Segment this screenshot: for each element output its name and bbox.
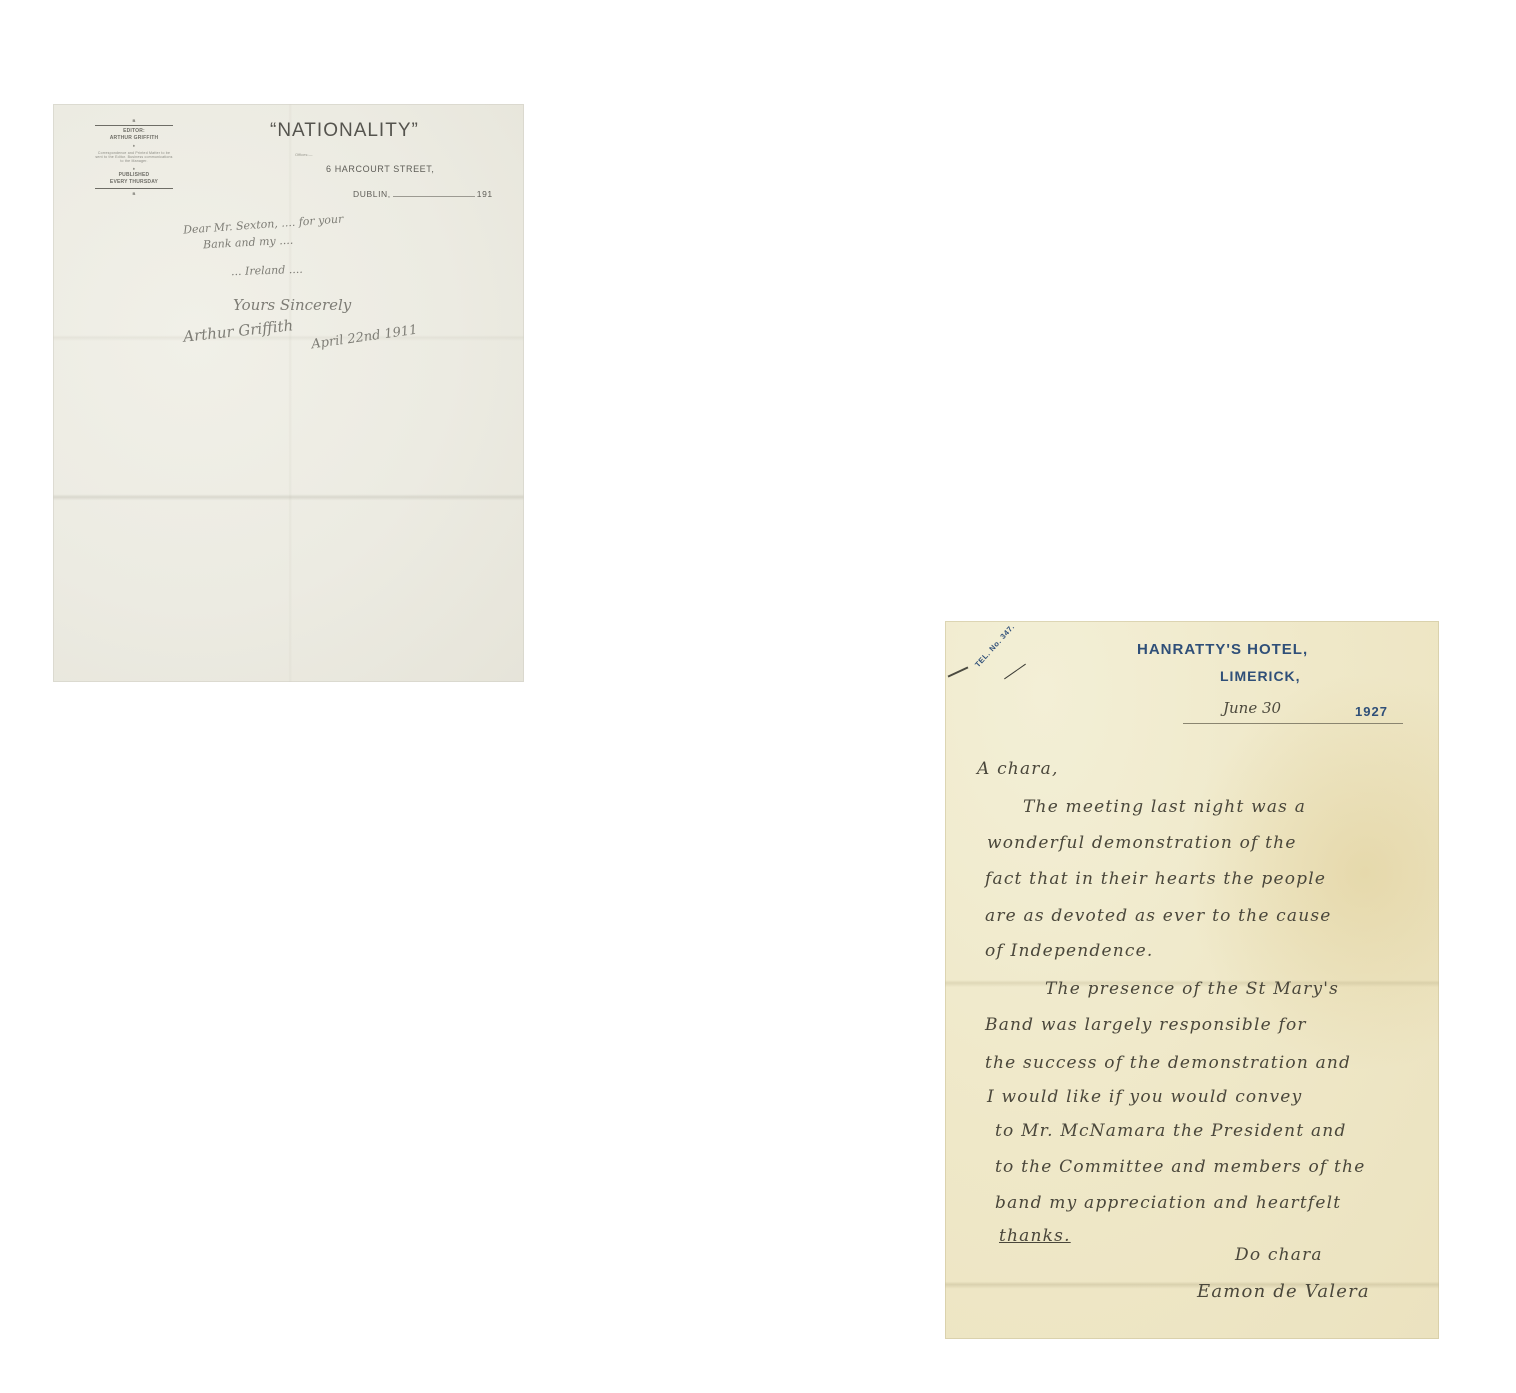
published-day: EVERY THURSDAY	[95, 179, 173, 186]
dateline: DUBLIN, 191	[353, 189, 493, 199]
body-line: the success of the demonstration and	[985, 1053, 1351, 1073]
body-line: fact that in their hearts the people	[985, 869, 1326, 889]
printed-year: 1927	[1355, 704, 1388, 719]
office-label: Offices:—	[295, 152, 313, 157]
fine-print: Correspondence and Printed Matter to be …	[95, 151, 173, 163]
telephone-number: TEL. No. 347.	[973, 622, 1016, 669]
body-line: Band was largely responsible for	[985, 1015, 1307, 1035]
handwritten-line: Yours Sincerely	[233, 296, 351, 314]
signature: Arthur Griffith	[182, 316, 294, 345]
editor-name: ARTHUR GRIFFITH	[95, 135, 173, 142]
salutation: A chara,	[977, 759, 1059, 779]
handwritten-line: Bank and my ....	[203, 234, 294, 252]
handwritten-line: ... Ireland ....	[231, 263, 303, 278]
body-line: to the Committee and members of the	[995, 1157, 1365, 1177]
body-line: I would like if you would convey	[987, 1087, 1302, 1107]
date-blank	[393, 195, 475, 197]
dateline: June 30 1927	[1183, 701, 1403, 724]
signature: Eamon de Valera	[1197, 1281, 1370, 1302]
published-label: PUBLISHED	[95, 172, 173, 179]
city: DUBLIN,	[353, 189, 391, 199]
sidebox-bottom-mark: B	[95, 191, 173, 196]
editor-label: EDITOR:	[95, 128, 173, 135]
body-line: The meeting last night was a	[1023, 797, 1306, 817]
masthead-title: “NATIONALITY”	[270, 120, 419, 142]
hotel-city: LIMERICK,	[1220, 668, 1301, 684]
letter-hanrattys-hotel: TEL. No. 347. HANRATTY'S HOTEL, LIMERICK…	[945, 621, 1439, 1339]
handwritten-date: June 30	[1223, 699, 1281, 717]
year-prefix: 191	[477, 189, 493, 199]
ink-stroke	[948, 666, 969, 677]
hotel-name: HANRATTY'S HOTEL,	[1137, 641, 1308, 658]
body-line: are as devoted as ever to the cause	[985, 906, 1332, 926]
body-line: thanks.	[999, 1226, 1071, 1246]
ornament-icon: ♦	[95, 165, 173, 172]
sidebox-top-mark: B	[95, 118, 173, 123]
body-line: to Mr. McNamara the President and	[995, 1121, 1347, 1141]
divider	[95, 125, 173, 126]
letter-nationality: B EDITOR: ARTHUR GRIFFITH ♦ Corresponden…	[53, 104, 524, 682]
masthead-sidebox: B EDITOR: ARTHUR GRIFFITH ♦ Corresponden…	[95, 118, 173, 196]
body-line: The presence of the St Mary's	[1045, 979, 1339, 999]
divider	[95, 188, 173, 189]
body-line: band my appreciation and heartfelt	[995, 1193, 1341, 1213]
closing: Do chara	[1235, 1245, 1323, 1265]
body-line: of Independence.	[985, 941, 1154, 961]
ornament-icon: ♦	[95, 142, 173, 149]
address: 6 HARCOURT STREET,	[326, 164, 435, 174]
body-line: wonderful demonstration of the	[987, 833, 1297, 853]
divider	[1004, 664, 1026, 680]
handwritten-date: April 22nd 1911	[310, 323, 418, 353]
handwritten-line: Dear Mr. Sexton, .... for your	[183, 212, 344, 236]
